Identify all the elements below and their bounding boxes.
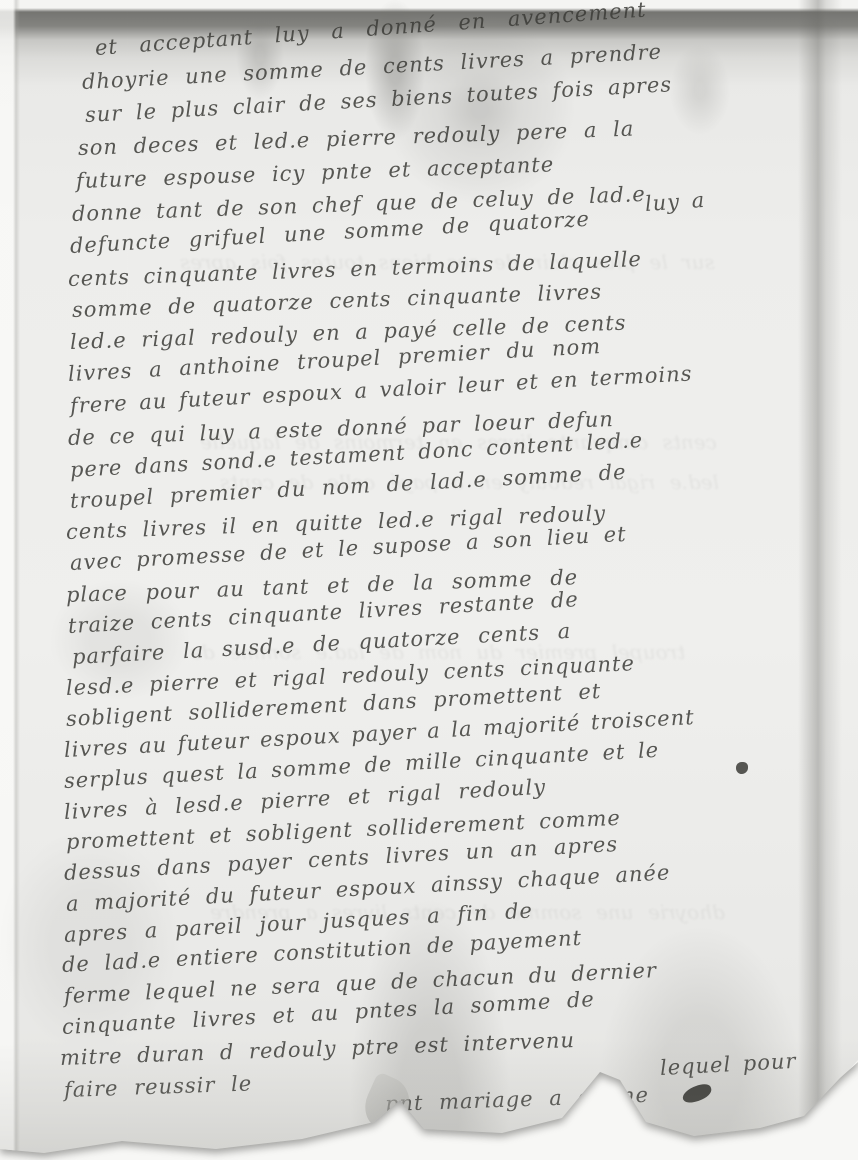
- manuscript-line: faire reussir le: [64, 1071, 253, 1102]
- manuscript-line: lequel pour: [659, 1049, 797, 1080]
- paper-shadow-wrap: sur le plus clair de ses biens toutes fo…: [0, 0, 858, 1160]
- manuscript-line: luy a: [644, 188, 706, 216]
- handwritten-text: et acceptant luy a donné en avencementdh…: [0, 0, 858, 1160]
- manuscript-line: pnt mariage a donne: [385, 1083, 650, 1116]
- corner-fold: [794, 1060, 858, 1132]
- paper-sheet: sur le plus clair de ses biens toutes fo…: [0, 0, 858, 1160]
- scanned-manuscript-page: sur le plus clair de ses biens toutes fo…: [0, 0, 858, 1160]
